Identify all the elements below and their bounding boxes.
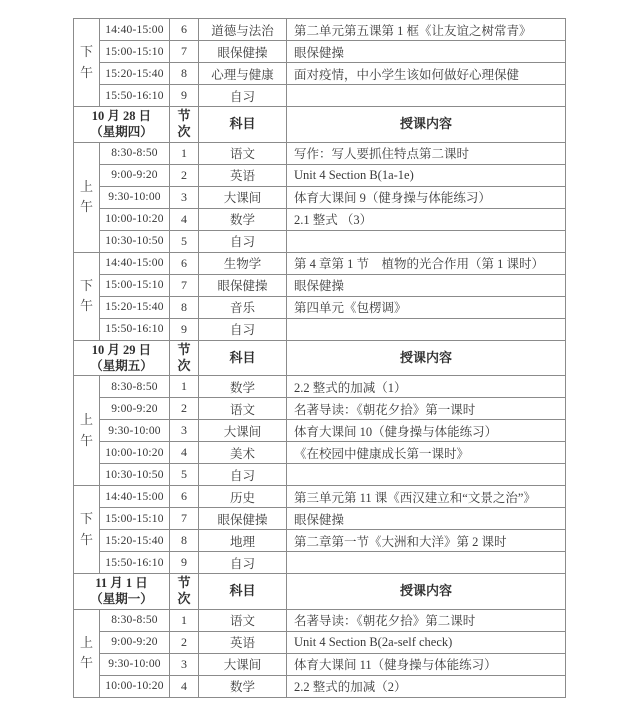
lesson-row: 15:00-15:107眼保健操眼保健操 (74, 41, 566, 63)
period-cell: 3 (170, 186, 199, 208)
column-header-subject: 科目 (199, 574, 287, 610)
content-cell (287, 552, 566, 574)
lesson-row: 15:50-16:109自习 (74, 552, 566, 574)
time-cell: 15:50-16:10 (100, 85, 170, 107)
column-header-subject: 科目 (199, 107, 287, 143)
subject-cell: 大课间 (199, 186, 287, 208)
lesson-row: 9:00-9:202英语 Unit 4 Section B(1a-1e) (74, 164, 566, 186)
period-cell: 7 (170, 508, 199, 530)
lesson-row: 10:00-10:204美术《在校园中健康成长第一课时》 (74, 442, 566, 464)
column-header-content: 授课内容 (287, 340, 566, 376)
content-cell: 名著导读：《朝花夕拾》第一课时 (287, 398, 566, 420)
content-cell: 体育大课间 10（健身操与体能练习） (287, 420, 566, 442)
lesson-row: 上 午8:30-8:501数学2.2 整式的加减（1） (74, 376, 566, 398)
period-cell: 5 (170, 464, 199, 486)
content-cell: 第三单元第 11 课《西汉建立和“文景之治”》 (287, 486, 566, 508)
day-header-row: 10 月 28 日 （星期四）节 次科目授课内容 (74, 107, 566, 143)
session-label: 下 午 (74, 486, 100, 574)
subject-cell: 语文 (199, 398, 287, 420)
subject-cell: 数学 (199, 675, 287, 697)
subject-cell: 英语 (199, 631, 287, 653)
lesson-row: 15:20-15:408地理第二章第一节《大洲和大洋》第 2 课时 (74, 530, 566, 552)
content-cell: 体育大课间 9（健身操与体能练习） (287, 186, 566, 208)
lesson-row: 10:00-10:204数学2.1 整式 （3） (74, 208, 566, 230)
period-cell: 9 (170, 85, 199, 107)
period-cell: 6 (170, 252, 199, 274)
time-cell: 9:00-9:20 (100, 631, 170, 653)
period-cell: 2 (170, 631, 199, 653)
column-header-period: 节 次 (170, 340, 199, 376)
content-cell (287, 318, 566, 340)
period-cell: 5 (170, 230, 199, 252)
period-cell: 4 (170, 675, 199, 697)
lesson-row: 10:30-10:505自习 (74, 464, 566, 486)
lesson-row: 下 午14:40-15:006道德与法治第二单元第五课第 1 框《让友谊之树常青… (74, 19, 566, 41)
subject-cell: 眼保健操 (199, 508, 287, 530)
content-cell: 2.1 整式 （3） (287, 208, 566, 230)
time-cell: 9:00-9:20 (100, 164, 170, 186)
lesson-row: 上 午8:30-8:501语文名著导读：《朝花夕拾》第二课时 (74, 609, 566, 631)
time-cell: 9:00-9:20 (100, 398, 170, 420)
subject-cell: 道德与法治 (199, 19, 287, 41)
lesson-row: 15:50-16:109自习 (74, 318, 566, 340)
subject-cell: 音乐 (199, 296, 287, 318)
period-cell: 8 (170, 63, 199, 85)
time-cell: 15:20-15:40 (100, 530, 170, 552)
lesson-row: 9:30-10:003大课间体育大课间 10（健身操与体能练习） (74, 420, 566, 442)
subject-cell: 生物学 (199, 252, 287, 274)
timetable-sheet: 下 午14:40-15:006道德与法治第二单元第五课第 1 框《让友谊之树常青… (73, 18, 566, 698)
lesson-row: 下 午14:40-15:006历史第三单元第 11 课《西汉建立和“文景之治”》 (74, 486, 566, 508)
content-cell (287, 464, 566, 486)
time-cell: 14:40-15:00 (100, 486, 170, 508)
subject-cell: 眼保健操 (199, 274, 287, 296)
session-label: 上 午 (74, 142, 100, 252)
time-cell: 10:00-10:20 (100, 675, 170, 697)
subject-cell: 眼保健操 (199, 41, 287, 63)
content-cell: 第 4 章第 1 节 植物的光合作用（第 1 课时） (287, 252, 566, 274)
subject-cell: 语文 (199, 142, 287, 164)
time-cell: 15:50-16:10 (100, 552, 170, 574)
period-cell: 8 (170, 530, 199, 552)
lesson-row: 15:20-15:408心理与健康面对疫情，中小学生该如何做好心理保健 (74, 63, 566, 85)
column-header-period: 节 次 (170, 107, 199, 143)
time-cell: 14:40-15:00 (100, 252, 170, 274)
period-cell: 8 (170, 296, 199, 318)
lesson-row: 15:20-15:408音乐第四单元《包楞调》 (74, 296, 566, 318)
column-header-period: 节 次 (170, 574, 199, 610)
column-header-subject: 科目 (199, 340, 287, 376)
subject-cell: 美术 (199, 442, 287, 464)
subject-cell: 自习 (199, 464, 287, 486)
period-cell: 9 (170, 552, 199, 574)
content-cell (287, 85, 566, 107)
session-label: 下 午 (74, 252, 100, 340)
lesson-row: 9:30-10:003大课间体育大课间 9（健身操与体能练习） (74, 186, 566, 208)
time-cell: 10:30-10:50 (100, 464, 170, 486)
lesson-row: 下 午14:40-15:006生物学第 4 章第 1 节 植物的光合作用（第 1… (74, 252, 566, 274)
time-cell: 9:30-10:00 (100, 653, 170, 675)
content-cell: 2.2 整式的加减（2） (287, 675, 566, 697)
period-cell: 9 (170, 318, 199, 340)
content-cell: Unit 4 Section B(1a-1e) (287, 164, 566, 186)
time-cell: 10:30-10:50 (100, 230, 170, 252)
subject-cell: 地理 (199, 530, 287, 552)
content-cell (287, 230, 566, 252)
subject-cell: 大课间 (199, 420, 287, 442)
lesson-row: 10:30-10:505自习 (74, 230, 566, 252)
content-cell: 眼保健操 (287, 41, 566, 63)
content-cell: 第二单元第五课第 1 框《让友谊之树常青》 (287, 19, 566, 41)
day-header-date: 10 月 29 日 （星期五） (74, 340, 170, 376)
time-cell: 9:30-10:00 (100, 420, 170, 442)
period-cell: 6 (170, 19, 199, 41)
lesson-row: 15:50-16:109自习 (74, 85, 566, 107)
page: { "colors": { "page_background": "#fffff… (0, 0, 640, 722)
time-cell: 14:40-15:00 (100, 19, 170, 41)
period-cell: 3 (170, 653, 199, 675)
lesson-row: 9:30-10:003大课间体育大课间 11（健身操与体能练习） (74, 653, 566, 675)
subject-cell: 自习 (199, 85, 287, 107)
period-cell: 6 (170, 486, 199, 508)
time-cell: 9:30-10:00 (100, 186, 170, 208)
session-label: 下 午 (74, 19, 100, 107)
time-cell: 15:00-15:10 (100, 41, 170, 63)
day-header-row: 11 月 1 日 （星期一）节 次科目授课内容 (74, 574, 566, 610)
subject-cell: 自习 (199, 552, 287, 574)
column-header-content: 授课内容 (287, 574, 566, 610)
period-cell: 1 (170, 376, 199, 398)
day-header-date: 11 月 1 日 （星期一） (74, 574, 170, 610)
subject-cell: 自习 (199, 318, 287, 340)
content-cell: 面对疫情，中小学生该如何做好心理保健 (287, 63, 566, 85)
period-cell: 2 (170, 398, 199, 420)
content-cell: Unit 4 Section B(2a-self check) (287, 631, 566, 653)
content-cell: 《在校园中健康成长第一课时》 (287, 442, 566, 464)
time-cell: 10:00-10:20 (100, 208, 170, 230)
subject-cell: 自习 (199, 230, 287, 252)
subject-cell: 数学 (199, 208, 287, 230)
subject-cell: 大课间 (199, 653, 287, 675)
session-label: 上 午 (74, 376, 100, 486)
content-cell: 名著导读：《朝花夕拾》第二课时 (287, 609, 566, 631)
period-cell: 7 (170, 274, 199, 296)
period-cell: 4 (170, 442, 199, 464)
day-header-row: 10 月 29 日 （星期五）节 次科目授课内容 (74, 340, 566, 376)
content-cell: 写作：写人要抓住特点第二课时 (287, 142, 566, 164)
subject-cell: 英语 (199, 164, 287, 186)
time-cell: 15:20-15:40 (100, 296, 170, 318)
content-cell: 体育大课间 11（健身操与体能练习） (287, 653, 566, 675)
lesson-row: 15:00-15:107眼保健操眼保健操 (74, 508, 566, 530)
period-cell: 3 (170, 420, 199, 442)
class-timetable: 下 午14:40-15:006道德与法治第二单元第五课第 1 框《让友谊之树常青… (73, 18, 566, 698)
lesson-row: 上 午8:30-8:501语文写作：写人要抓住特点第二课时 (74, 142, 566, 164)
day-header-date: 10 月 28 日 （星期四） (74, 107, 170, 143)
subject-cell: 心理与健康 (199, 63, 287, 85)
subject-cell: 语文 (199, 609, 287, 631)
time-cell: 15:00-15:10 (100, 274, 170, 296)
content-cell: 2.2 整式的加减（1） (287, 376, 566, 398)
content-cell: 第四单元《包楞调》 (287, 296, 566, 318)
time-cell: 15:50-16:10 (100, 318, 170, 340)
period-cell: 4 (170, 208, 199, 230)
timetable-body: 下 午14:40-15:006道德与法治第二单元第五课第 1 框《让友谊之树常青… (74, 19, 566, 698)
time-cell: 10:00-10:20 (100, 442, 170, 464)
time-cell: 15:20-15:40 (100, 63, 170, 85)
column-header-content: 授课内容 (287, 107, 566, 143)
lesson-row: 10:00-10:204数学2.2 整式的加减（2） (74, 675, 566, 697)
content-cell: 眼保健操 (287, 508, 566, 530)
subject-cell: 历史 (199, 486, 287, 508)
time-cell: 8:30-8:50 (100, 609, 170, 631)
time-cell: 8:30-8:50 (100, 142, 170, 164)
content-cell: 眼保健操 (287, 274, 566, 296)
time-cell: 8:30-8:50 (100, 376, 170, 398)
subject-cell: 数学 (199, 376, 287, 398)
session-label: 上 午 (74, 609, 100, 697)
content-cell: 第二章第一节《大洲和大洋》第 2 课时 (287, 530, 566, 552)
period-cell: 7 (170, 41, 199, 63)
lesson-row: 9:00-9:202语文名著导读：《朝花夕拾》第一课时 (74, 398, 566, 420)
period-cell: 1 (170, 142, 199, 164)
lesson-row: 9:00-9:202英语 Unit 4 Section B(2a-self ch… (74, 631, 566, 653)
period-cell: 1 (170, 609, 199, 631)
period-cell: 2 (170, 164, 199, 186)
time-cell: 15:00-15:10 (100, 508, 170, 530)
lesson-row: 15:00-15:107眼保健操眼保健操 (74, 274, 566, 296)
